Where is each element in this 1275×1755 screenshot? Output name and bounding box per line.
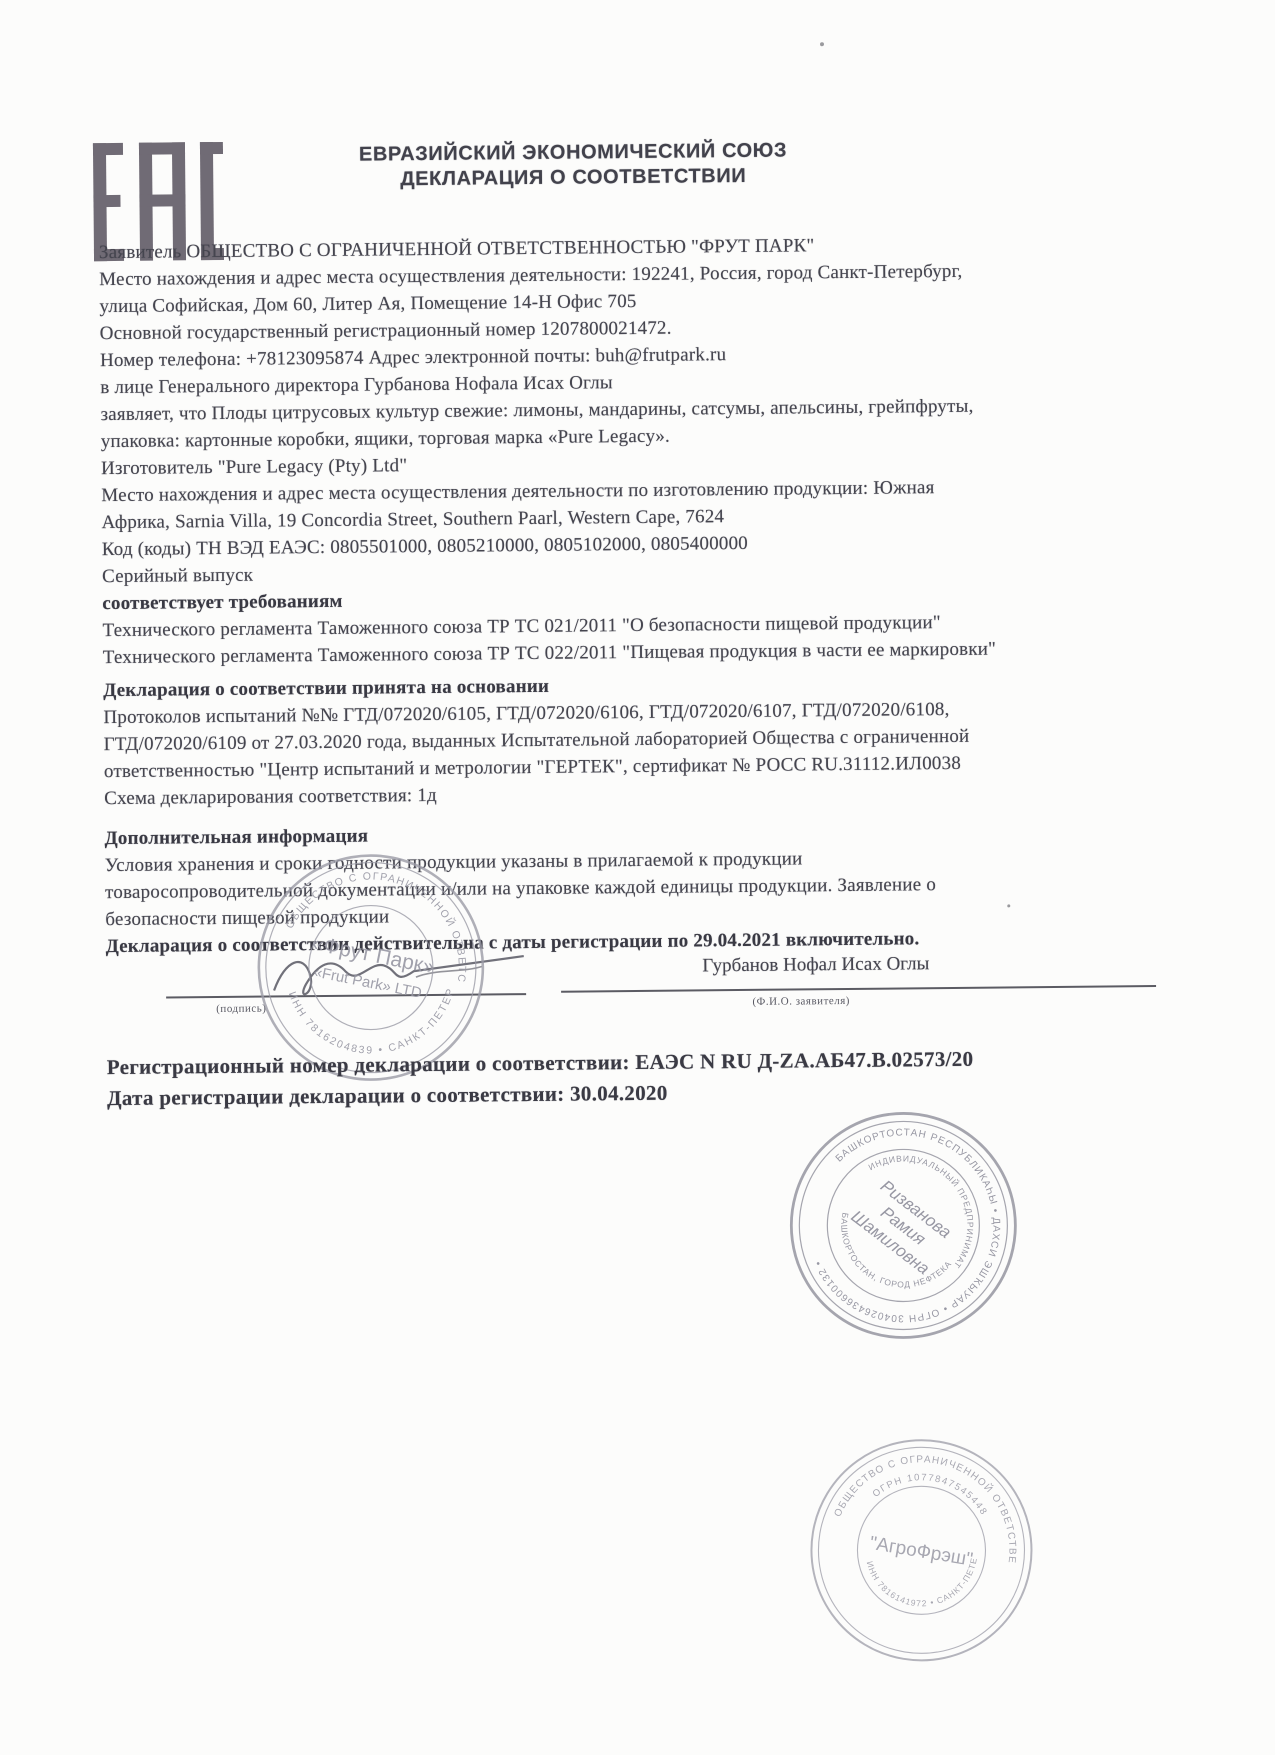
agrofresh-stamp: ОБЩЕСТВО С ОГРАНИЧЕННОЙ ОТВЕТСТВЕННОСТЬЮ… <box>783 1412 1059 1688</box>
stamp-center-text: "АгроФрэш" <box>868 1533 974 1571</box>
document-title: ЕВРАЗИЙСКИЙ ЭКОНОМИЧЕСКИЙ СОЮЗ ДЕКЛАРАЦИ… <box>323 138 823 193</box>
scan-speck <box>1007 904 1010 907</box>
applicant-block: Заявитель ОБЩЕСТВО С ОГРАНИЧЕННОЙ ОТВЕТС… <box>99 231 996 672</box>
scan-speck <box>820 42 824 46</box>
title-line-declaration: ДЕКЛАРАЦИЯ О СООТВЕТСТВИИ <box>323 163 823 193</box>
title-line-union: ЕВРАЗИЙСКИЙ ЭКОНОМИЧЕСКИЙ СОЮЗ <box>323 138 823 168</box>
document-page: ЕВРАЗИЙСКИЙ ЭКОНОМИЧЕСКИЙ СОЮЗ ДЕКЛАРАЦИ… <box>0 0 1275 1755</box>
fio-caption: (Ф.И.О. заявителя) <box>561 993 1041 1010</box>
rizvanova-stamp: БАШКОРТОСТАН РЕСПУБЛИКАҺЫ • ДАХСИ ЭШҠЫУА… <box>728 1050 1078 1400</box>
basis-block: Декларация о соответствии принята на осн… <box>103 669 970 812</box>
fio-line <box>561 985 1156 993</box>
scanned-content: ЕВРАЗИЙСКИЙ ЭКОНОМИЧЕСКИЙ СОЮЗ ДЕКЛАРАЦИ… <box>0 0 1275 1755</box>
registration-date-line: Дата регистрации декларации о соответств… <box>107 1081 668 1111</box>
applicant-fio: Гурбанов Нофал Исах Оглы <box>521 951 1111 979</box>
